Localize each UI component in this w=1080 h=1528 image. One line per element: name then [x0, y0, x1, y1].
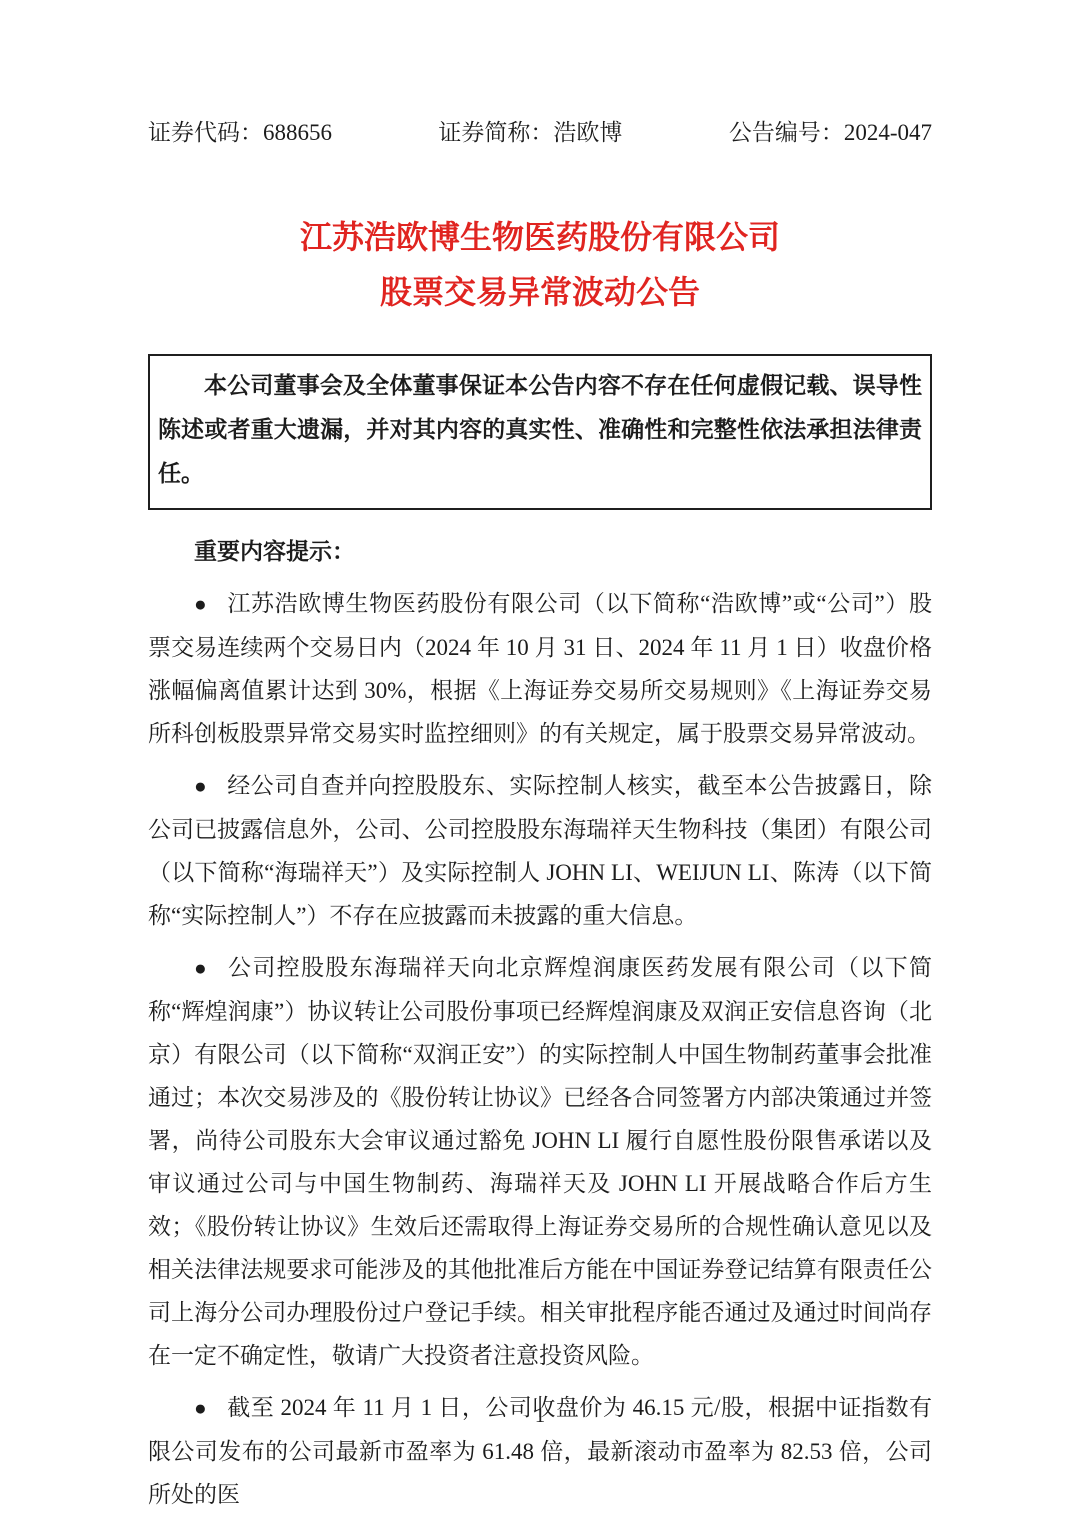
bullet-text: 经公司自查并向控股股东、实际控制人核实，截至本公告披露日，除公司已披露信息外，公…: [148, 773, 932, 928]
disclaimer-box: 本公司董事会及全体董事保证本公告内容不存在任何虚假记载、误导性陈述或者重大遗漏，…: [148, 354, 932, 510]
stock-name-value: 浩欧博: [553, 120, 622, 145]
section-heading: 重要内容提示：: [148, 530, 932, 573]
document-header: 证券代码：688656 证券简称：浩欧博 公告编号：2024-047: [148, 120, 932, 146]
stock-code: 证券代码：688656: [148, 120, 332, 146]
bullet-text: 江苏浩欧博生物医药股份有限公司（以下简称“浩欧博”或“公司”）股票交易连续两个交…: [148, 591, 932, 746]
announcement-number-label: 公告编号：: [729, 120, 844, 145]
page-number: 1: [0, 1403, 1080, 1428]
bullet-marker: ●: [194, 774, 207, 798]
announcement-number-value: 2024-047: [844, 120, 932, 145]
document-title-line2: 股票交易异常波动公告: [148, 265, 932, 320]
bullet-paragraph-1: ●江苏浩欧博生物医药股份有限公司（以下简称“浩欧博”或“公司”）股票交易连续两个…: [148, 582, 932, 755]
stock-code-label: 证券代码：: [148, 120, 263, 145]
bullet-marker: ●: [194, 956, 208, 980]
bullet-paragraph-3: ●公司控股股东海瑞祥天向北京辉煌润康医药发展有限公司（以下简称“辉煌润康”）协议…: [148, 946, 932, 1377]
document-title: 江苏浩欧博生物医药股份有限公司 股票交易异常波动公告: [148, 210, 932, 320]
disclaimer-text: 本公司董事会及全体董事保证本公告内容不存在任何虚假记载、误导性陈述或者重大遗漏，…: [158, 364, 922, 496]
bullet-paragraph-2: ●经公司自查并向控股股东、实际控制人核实，截至本公告披露日，除公司已披露信息外，…: [148, 764, 932, 937]
bullet-text: 公司控股股东海瑞祥天向北京辉煌润康医药发展有限公司（以下简称“辉煌润康”）协议转…: [148, 955, 932, 1368]
stock-name-label: 证券简称：: [438, 120, 553, 145]
announcement-page: 证券代码：688656 证券简称：浩欧博 公告编号：2024-047 江苏浩欧博…: [0, 0, 1080, 1528]
document-title-line1: 江苏浩欧博生物医药股份有限公司: [148, 210, 932, 265]
stock-name: 证券简称：浩欧博: [438, 120, 622, 146]
announcement-number: 公告编号：2024-047: [729, 120, 932, 146]
stock-code-value: 688656: [263, 120, 332, 145]
bullet-marker: ●: [194, 592, 207, 616]
